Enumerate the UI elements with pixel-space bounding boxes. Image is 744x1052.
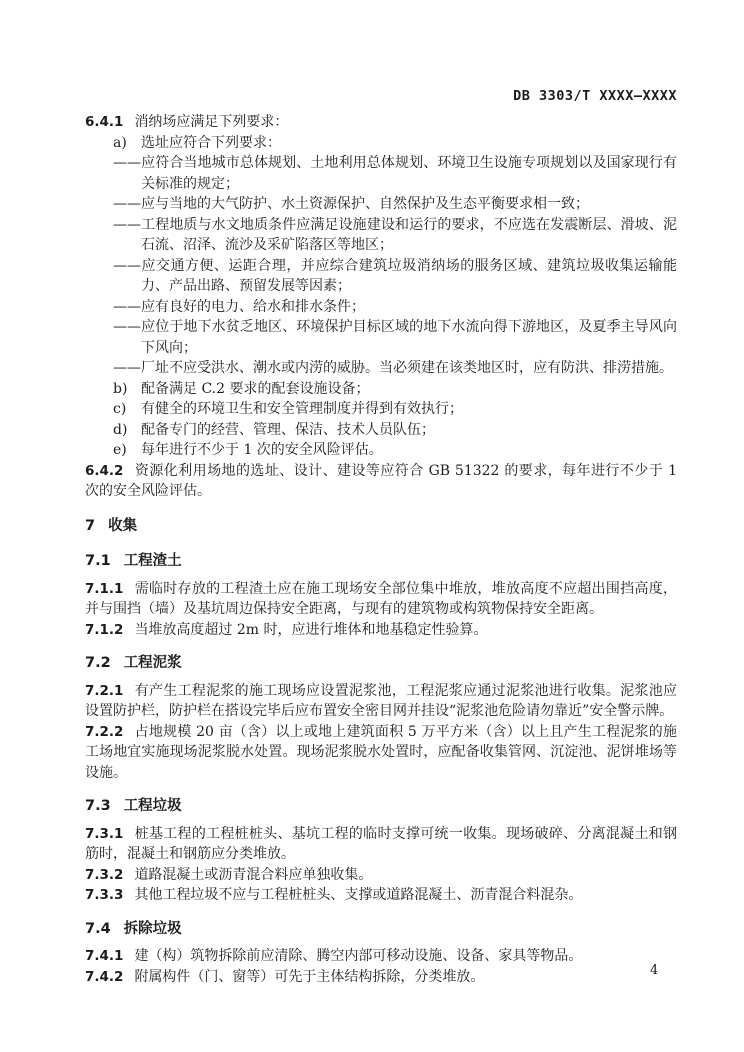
header-doc-code: DB 3303/T XXXX—XXXX (513, 88, 677, 104)
document-content: 6.4.1消纳场应满足下列要求： a)选址应符合下列要求： ——应符合当地城市总… (85, 112, 677, 987)
clause-number: 7.2.2 (85, 724, 134, 740)
clause-7-4-1: 7.4.1建（构）筑物拆除前应清除、腾空内部可移动设施、设备、家具等物品。 (85, 946, 677, 967)
dash-item-6: ——应位于地下水贫乏地区、环境保护目标区域的地下水流向得下游地区，及夏季主导风向… (141, 317, 677, 358)
section-7-1-heading: 7.1工程渣土 (85, 551, 677, 572)
section-number: 7.3 (85, 798, 124, 814)
clause-text: 资源化利用场地的选址、设计、建设等应符合 GB 51322 的要求，每年进行不少… (85, 463, 677, 500)
list-item-label: d) (113, 420, 141, 441)
clause-number: 7.4.1 (85, 948, 134, 964)
section-7-heading: 7收集 (85, 516, 677, 537)
clause-7-3-2: 7.3.2道路混凝土或沥青混合料应单独收集。 (85, 865, 677, 886)
dash-item-5: ——应有良好的电力、给水和排水条件； (141, 297, 677, 318)
section-7-3-heading: 7.3工程垃圾 (85, 796, 677, 817)
clause-6-4-2: 6.4.2资源化利用场地的选址、设计、建设等应符合 GB 51322 的要求，每… (85, 461, 677, 502)
list-item-text: 有健全的环境卫生和安全管理制度并得到有效执行； (141, 401, 463, 417)
section-number: 7.2 (85, 655, 124, 671)
clause-number: 7.3.2 (85, 867, 134, 883)
list-item-text: 配备专门的经营、管理、保洁、技术人员队伍； (141, 422, 435, 438)
dash-item-1: ——应符合当地城市总体规划、土地利用总体规划、环境卫生设施专项规划以及国家现行有… (141, 153, 677, 194)
list-item-text: 每年进行不少于 1 次的安全风险评估。 (141, 442, 383, 458)
list-item-text: 选址应符合下列要求： (141, 135, 281, 151)
list-item-label: b) (113, 379, 141, 400)
clause-text: 建（构）筑物拆除前应清除、腾空内部可移动设施、设备、家具等物品。 (134, 948, 582, 964)
clause-7-1-1: 7.1.1需临时存放的工程渣土应在施工现场安全部位集中堆放，堆放高度不应超出围挡… (85, 579, 677, 620)
clause-number: 7.1.2 (85, 622, 134, 638)
clause-number: 7.4.2 (85, 969, 134, 985)
list-item-label: e) (113, 440, 141, 461)
clause-7-1-2: 7.1.2当堆放高度超过 2m 时，应进行堆体和地基稳定性验算。 (85, 620, 677, 641)
section-number: 7 (85, 518, 108, 534)
clause-text: 桩基工程的工程桩桩头、基坑工程的临时支撑可统一收集。现场破碎、分离混凝土和钢筋时… (85, 826, 677, 863)
page-number: 4 (650, 963, 658, 978)
list-item-text: 配备满足 C.2 要求的配套设施设备； (141, 381, 369, 397)
list-item-c: c)有健全的环境卫生和安全管理制度并得到有效执行； (141, 399, 677, 420)
clause-number: 7.3.3 (85, 887, 134, 903)
dash-item-2: ——应与当地的大气防护、水土资源保护、自然保护及生态平衡要求相一致； (141, 194, 677, 215)
clause-text: 占地规模 20 亩（含）以上或地上建筑面积 5 万平方米（含）以上且产生工程泥浆… (85, 724, 677, 781)
section-title: 收集 (108, 518, 137, 534)
clause-text: 其他工程垃圾不应与工程桩桩头、支撑或道路混凝土、沥青混合料混杂。 (134, 887, 582, 903)
dash-item-7: ——厂址不应受洪水、潮水或内涝的威胁。当必须建在该类地区时，应有防洪、排涝措施。 (141, 358, 677, 379)
clause-text: 当堆放高度超过 2m 时，应进行堆体和地基稳定性验算。 (134, 622, 487, 638)
list-item-label: a) (113, 133, 141, 154)
list-item-a: a)选址应符合下列要求： (141, 133, 677, 154)
clause-6-4-1: 6.4.1消纳场应满足下列要求： (85, 112, 677, 133)
section-title: 拆除垃圾 (124, 921, 182, 937)
section-title: 工程垃圾 (124, 798, 182, 814)
clause-number: 6.4.1 (85, 114, 134, 130)
list-item-label: c) (113, 399, 141, 420)
section-7-2-heading: 7.2工程泥浆 (85, 653, 677, 674)
clause-7-3-3: 7.3.3其他工程垃圾不应与工程桩桩头、支撑或道路混凝土、沥青混合料混杂。 (85, 885, 677, 906)
section-number: 7.4 (85, 921, 124, 937)
clause-7-3-1: 7.3.1桩基工程的工程桩桩头、基坑工程的临时支撑可统一收集。现场破碎、分离混凝… (85, 824, 677, 865)
clause-number: 7.3.1 (85, 826, 134, 842)
clause-text: 附属构件（门、窗等）可先于主体结构拆除，分类堆放。 (134, 969, 484, 985)
dash-item-3: ——工程地质与水文地质条件应满足设施建设和运行的要求，不应选在发震断层、滑坡、泥… (141, 215, 677, 256)
clause-text: 需临时存放的工程渣土应在施工现场安全部位集中堆放，堆放高度不应超出围挡高度，并与… (85, 581, 677, 618)
list-item-b: b)配备满足 C.2 要求的配套设施设备； (141, 379, 677, 400)
clause-text: 有产生工程泥浆的施工现场应设置泥浆池，工程泥浆应通过泥浆池进行收集。泥浆池应设置… (85, 683, 677, 720)
list-item-d: d)配备专门的经营、管理、保洁、技术人员队伍； (141, 420, 677, 441)
clause-7-4-2: 7.4.2附属构件（门、窗等）可先于主体结构拆除，分类堆放。 (85, 967, 677, 988)
clause-7-2-1: 7.2.1有产生工程泥浆的施工现场应设置泥浆池，工程泥浆应通过泥浆池进行收集。泥… (85, 681, 677, 722)
clause-text: 道路混凝土或沥青混合料应单独收集。 (134, 867, 372, 883)
document-page: DB 3303/T XXXX—XXXX 6.4.1消纳场应满足下列要求： a)选… (0, 0, 744, 1052)
clause-number: 7.1.1 (85, 581, 134, 597)
clause-number: 6.4.2 (85, 463, 134, 479)
section-title: 工程渣土 (124, 553, 182, 569)
list-item-e: e)每年进行不少于 1 次的安全风险评估。 (141, 440, 677, 461)
section-7-4-heading: 7.4拆除垃圾 (85, 919, 677, 940)
section-number: 7.1 (85, 553, 124, 569)
clause-text: 消纳场应满足下列要求： (134, 114, 288, 130)
dash-item-4: ——应交通方便、运距合理，并应综合建筑垃圾消纳场的服务区域、建筑垃圾收集运输能力… (141, 256, 677, 297)
section-title: 工程泥浆 (124, 655, 182, 671)
clause-number: 7.2.1 (85, 683, 134, 699)
clause-7-2-2: 7.2.2占地规模 20 亩（含）以上或地上建筑面积 5 万平方米（含）以上且产… (85, 722, 677, 784)
